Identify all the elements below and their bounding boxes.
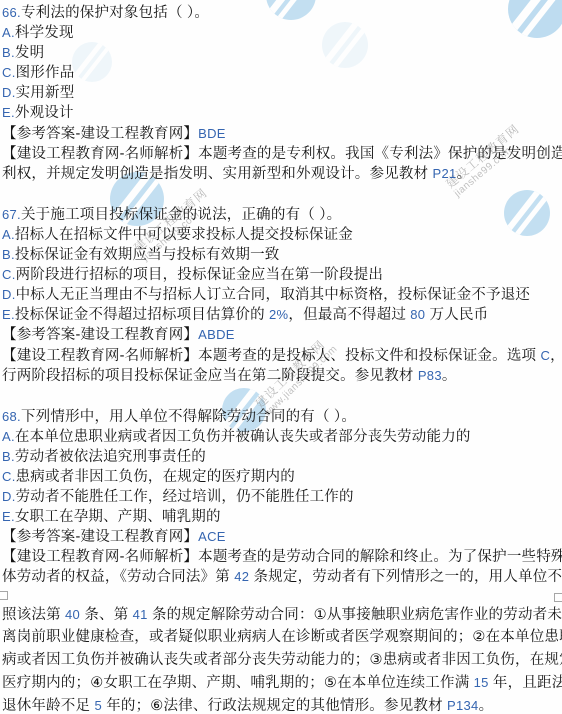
cjk-run: 【建设工程教育网-名师解析】本题考查的是投标人、投标文件和投标保证金。选项: [2, 348, 540, 364]
cjk-run: 病或者因工负伤并被确认丧失或者部分丧失劳动能力的；③患病或者非因工负伤，在规定的: [2, 652, 562, 668]
text-line: 退休年龄不足 5 年的；⑥法律、行政法规规定的其他情形。参见教材 P134。: [2, 695, 560, 714]
text-line: A.科学发现: [2, 23, 560, 43]
text-line: 照该法第 40 条、第 41 条的规定解除劳动合同：①从事接触职业病危害作业的劳…: [2, 604, 560, 627]
latin-run: E.: [2, 307, 15, 322]
text-line: 【建设工程教育网-名师解析】本题考查的是专利权。我国《专利法》保护的是发明创造专: [2, 144, 560, 164]
text-line: E.女职工在孕期、产期、哺乳期的: [2, 507, 560, 527]
latin-run: ABDE: [198, 327, 235, 342]
cjk-run: 劳动者不能胜任工作，经过培训，仍不能胜任工作的: [16, 489, 354, 505]
latin-run: B.: [2, 45, 15, 60]
latin-run: 2%: [269, 307, 288, 322]
cjk-run: 万人民币: [425, 307, 488, 323]
text-line: E.外观设计: [2, 103, 560, 123]
cjk-run: 。: [457, 166, 472, 182]
text-line: D.劳动者不能胜任工作，经过培训，仍不能胜任工作的: [2, 487, 560, 507]
cjk-run: ，但最高不得超过: [288, 307, 410, 323]
text-line: D.实用新型: [2, 83, 560, 103]
text-block-4: 68.下列情形中，用人单位不得解除劳动合同的有（ ）。A.在本单位患职业病或者因…: [2, 407, 560, 588]
cjk-run: 科学发现: [15, 25, 74, 41]
text-line: C.图形作品: [2, 63, 560, 83]
cjk-run: 年的；⑥法律、行政法规规定的其他情形。参见教材: [102, 698, 447, 714]
text-line: B.发明: [2, 43, 560, 63]
text-line: 68.下列情形中，用人单位不得解除劳动合同的有（ ）。: [2, 407, 560, 427]
latin-run: A.: [2, 429, 15, 444]
text-line: 67.关于施工项目投标保证金的说法，正确的有（ ）。: [2, 205, 560, 225]
cjk-run: 患病或者非因工负伤，在规定的医疗期内的: [16, 469, 295, 485]
latin-run: 40: [65, 607, 80, 622]
cjk-run: 投标保证金不得超过招标项目估算价的: [15, 307, 269, 323]
page-break-marker-right: [554, 593, 562, 602]
cjk-run: 年，且距法定: [489, 675, 562, 691]
cjk-run: 退休年龄不足: [2, 698, 94, 714]
latin-run: P83: [418, 368, 442, 383]
latin-run: BDE: [198, 126, 226, 141]
cjk-run: 关于施工项目投标保证金的说法，正确的有（ ）。: [21, 207, 341, 223]
cjk-run: 【参考答案-建设工程教育网】: [2, 529, 198, 545]
cjk-run: 【参考答案-建设工程教育网】: [2, 126, 198, 142]
page-break-marker-left: [0, 591, 8, 600]
cjk-run: ，实: [550, 348, 562, 364]
cjk-run: 实用新型: [16, 85, 75, 101]
cjk-run: 招标人在招标文件中可以要求投标人提交投标保证金: [15, 227, 353, 243]
text-line: 【参考答案-建设工程教育网】BDE: [2, 124, 560, 144]
latin-run: 15: [474, 675, 489, 690]
latin-run: D.: [2, 85, 16, 100]
text-line: C.患病或者非因工负伤，在规定的医疗期内的: [2, 467, 560, 487]
cjk-run: 条的规定解除劳动合同：①从事接触职业病危害作业的劳动者未进行: [148, 607, 562, 623]
latin-run: B.: [2, 247, 15, 262]
cjk-run: 。: [442, 368, 457, 384]
cjk-run: 【参考答案-建设工程教育网】: [2, 327, 198, 343]
cjk-run: 照该法第: [2, 607, 65, 623]
text-line: C.两阶段进行招标的项目，投标保证金应当在第一阶段提出: [2, 265, 560, 285]
latin-run: 66.: [2, 5, 21, 20]
text-line: 【建设工程教育网-名师解析】本题考查的是投标人、投标文件和投标保证金。选项 C，…: [2, 346, 560, 366]
document-page: 建设工程教育网jianshe99.com建设工程教育网jianshe99.com…: [0, 0, 562, 714]
cjk-run: 外观设计: [15, 105, 74, 121]
text-line: 66.专利法的保护对象包括（ ）。: [2, 3, 560, 23]
cjk-run: 【建设工程教育网-名师解析】本题考查的是专利权。我国《专利法》保护的是发明创造专: [2, 146, 562, 162]
text-line: 【参考答案-建设工程教育网】ABDE: [2, 325, 560, 345]
latin-run: 67.: [2, 207, 21, 222]
paragraph-gap: [2, 386, 560, 407]
text-line: 【建设工程教育网-名师解析】本题考查的是劳动合同的解除和终止。为了保护一些特殊群: [2, 547, 560, 567]
cjk-run: 发明: [15, 45, 44, 61]
cjk-run: 专利法的保护对象包括（ ）。: [21, 5, 209, 21]
text-line: 体劳动者的权益，《劳动合同法》第 42 条规定，劳动者有下列情形之一的，用人单位…: [2, 567, 560, 587]
cjk-run: 条规定，劳动者有下列情形之一的，用人单位不得依: [249, 569, 562, 585]
document-text: 66.专利法的保护对象包括（ ）。A.科学发现B.发明C.图形作品D.实用新型E…: [2, 3, 560, 714]
cjk-run: 劳动者被依法追究刑事责任的: [15, 449, 206, 465]
cjk-run: 女职工在孕期、产期、哺乳期的: [15, 509, 221, 525]
cjk-run: 利权，并规定发明创造是指发明、实用新型和外观设计。参见教材: [2, 166, 433, 182]
latin-run: 68.: [2, 409, 21, 424]
text-line: 医疗期内的；④女职工在孕期、产期、哺乳期的；⑤在本单位连续工作满 15 年，且距…: [2, 672, 560, 695]
latin-run: ACE: [198, 529, 226, 544]
latin-run: A.: [2, 25, 15, 40]
text-block-0: 66.专利法的保护对象包括（ ）。A.科学发现B.发明C.图形作品D.实用新型E…: [2, 3, 560, 184]
latin-run: 80: [410, 307, 425, 322]
cjk-run: 在本单位患职业病或者因工负伤并被确认丧失或者部分丧失劳动能力的: [15, 429, 471, 445]
text-block-6: 照该法第 40 条、第 41 条的规定解除劳动合同：①从事接触职业病危害作业的劳…: [2, 604, 560, 714]
latin-run: 41: [133, 607, 148, 622]
latin-run: B.: [2, 449, 15, 464]
latin-run: D.: [2, 287, 16, 302]
latin-run: P134: [447, 698, 479, 713]
cjk-run: 行两阶段招标的项目投标保证金应当在第二阶段提交。参见教材: [2, 368, 418, 384]
text-block-2: 67.关于施工项目投标保证金的说法，正确的有（ ）。A.招标人在招标文件中可以要…: [2, 205, 560, 386]
text-line: B.劳动者被依法追究刑事责任的: [2, 447, 560, 467]
latin-run: P21: [433, 166, 457, 181]
paragraph-gap: [2, 184, 560, 205]
cjk-run: 。: [479, 698, 494, 714]
latin-run: 5: [94, 698, 102, 713]
text-line: 利权，并规定发明创造是指发明、实用新型和外观设计。参见教材 P21。: [2, 164, 560, 184]
text-line: A.招标人在招标文件中可以要求投标人提交投标保证金: [2, 225, 560, 245]
latin-run: C.: [2, 65, 16, 80]
cjk-run: 两阶段进行招标的项目，投标保证金应当在第一阶段提出: [16, 267, 384, 283]
text-line: B.投标保证金有效期应当与投标有效期一致: [2, 245, 560, 265]
text-line: 行两阶段招标的项目投标保证金应当在第二阶段提交。参见教材 P83。: [2, 366, 560, 386]
text-line: A.在本单位患职业病或者因工负伤并被确认丧失或者部分丧失劳动能力的: [2, 427, 560, 447]
latin-run: D.: [2, 489, 16, 504]
cjk-run: 体劳动者的权益，《劳动合同法》第: [2, 569, 234, 585]
latin-run: C.: [2, 267, 16, 282]
latin-run: A.: [2, 227, 15, 242]
latin-run: 42: [234, 569, 249, 584]
latin-run: E.: [2, 509, 15, 524]
page-break: [0, 588, 562, 604]
cjk-run: 医疗期内的；④女职工在孕期、产期、哺乳期的；⑤在本单位连续工作满: [2, 675, 474, 691]
cjk-run: 条、第: [80, 607, 133, 623]
latin-run: C: [540, 348, 550, 363]
latin-run: E.: [2, 105, 15, 120]
cjk-run: 投标保证金有效期应当与投标有效期一致: [15, 247, 280, 263]
latin-run: C.: [2, 469, 16, 484]
cjk-run: 中标人无正当理由不与招标人订立合同，取消其中标资格，投标保证金不予退还: [16, 287, 531, 303]
text-line: 病或者因工负伤并被确认丧失或者部分丧失劳动能力的；③患病或者非因工负伤，在规定的: [2, 649, 560, 672]
cjk-run: 下列情形中，用人单位不得解除劳动合同的有（ ）。: [21, 409, 356, 425]
text-line: D.中标人无正当理由不与招标人订立合同，取消其中标资格，投标保证金不予退还: [2, 285, 560, 305]
cjk-run: 【建设工程教育网-名师解析】本题考查的是劳动合同的解除和终止。为了保护一些特殊群: [2, 549, 562, 565]
cjk-run: 图形作品: [16, 65, 75, 81]
text-line: E.投标保证金不得超过招标项目估算价的 2%，但最高不得超过 80 万人民币: [2, 305, 560, 325]
cjk-run: 离岗前职业健康检查，或者疑似职业病病人在诊断或者医学观察期间的；②在本单位患职业: [2, 629, 562, 645]
text-line: 离岗前职业健康检查，或者疑似职业病病人在诊断或者医学观察期间的；②在本单位患职业: [2, 626, 560, 649]
text-line: 【参考答案-建设工程教育网】ACE: [2, 527, 560, 547]
